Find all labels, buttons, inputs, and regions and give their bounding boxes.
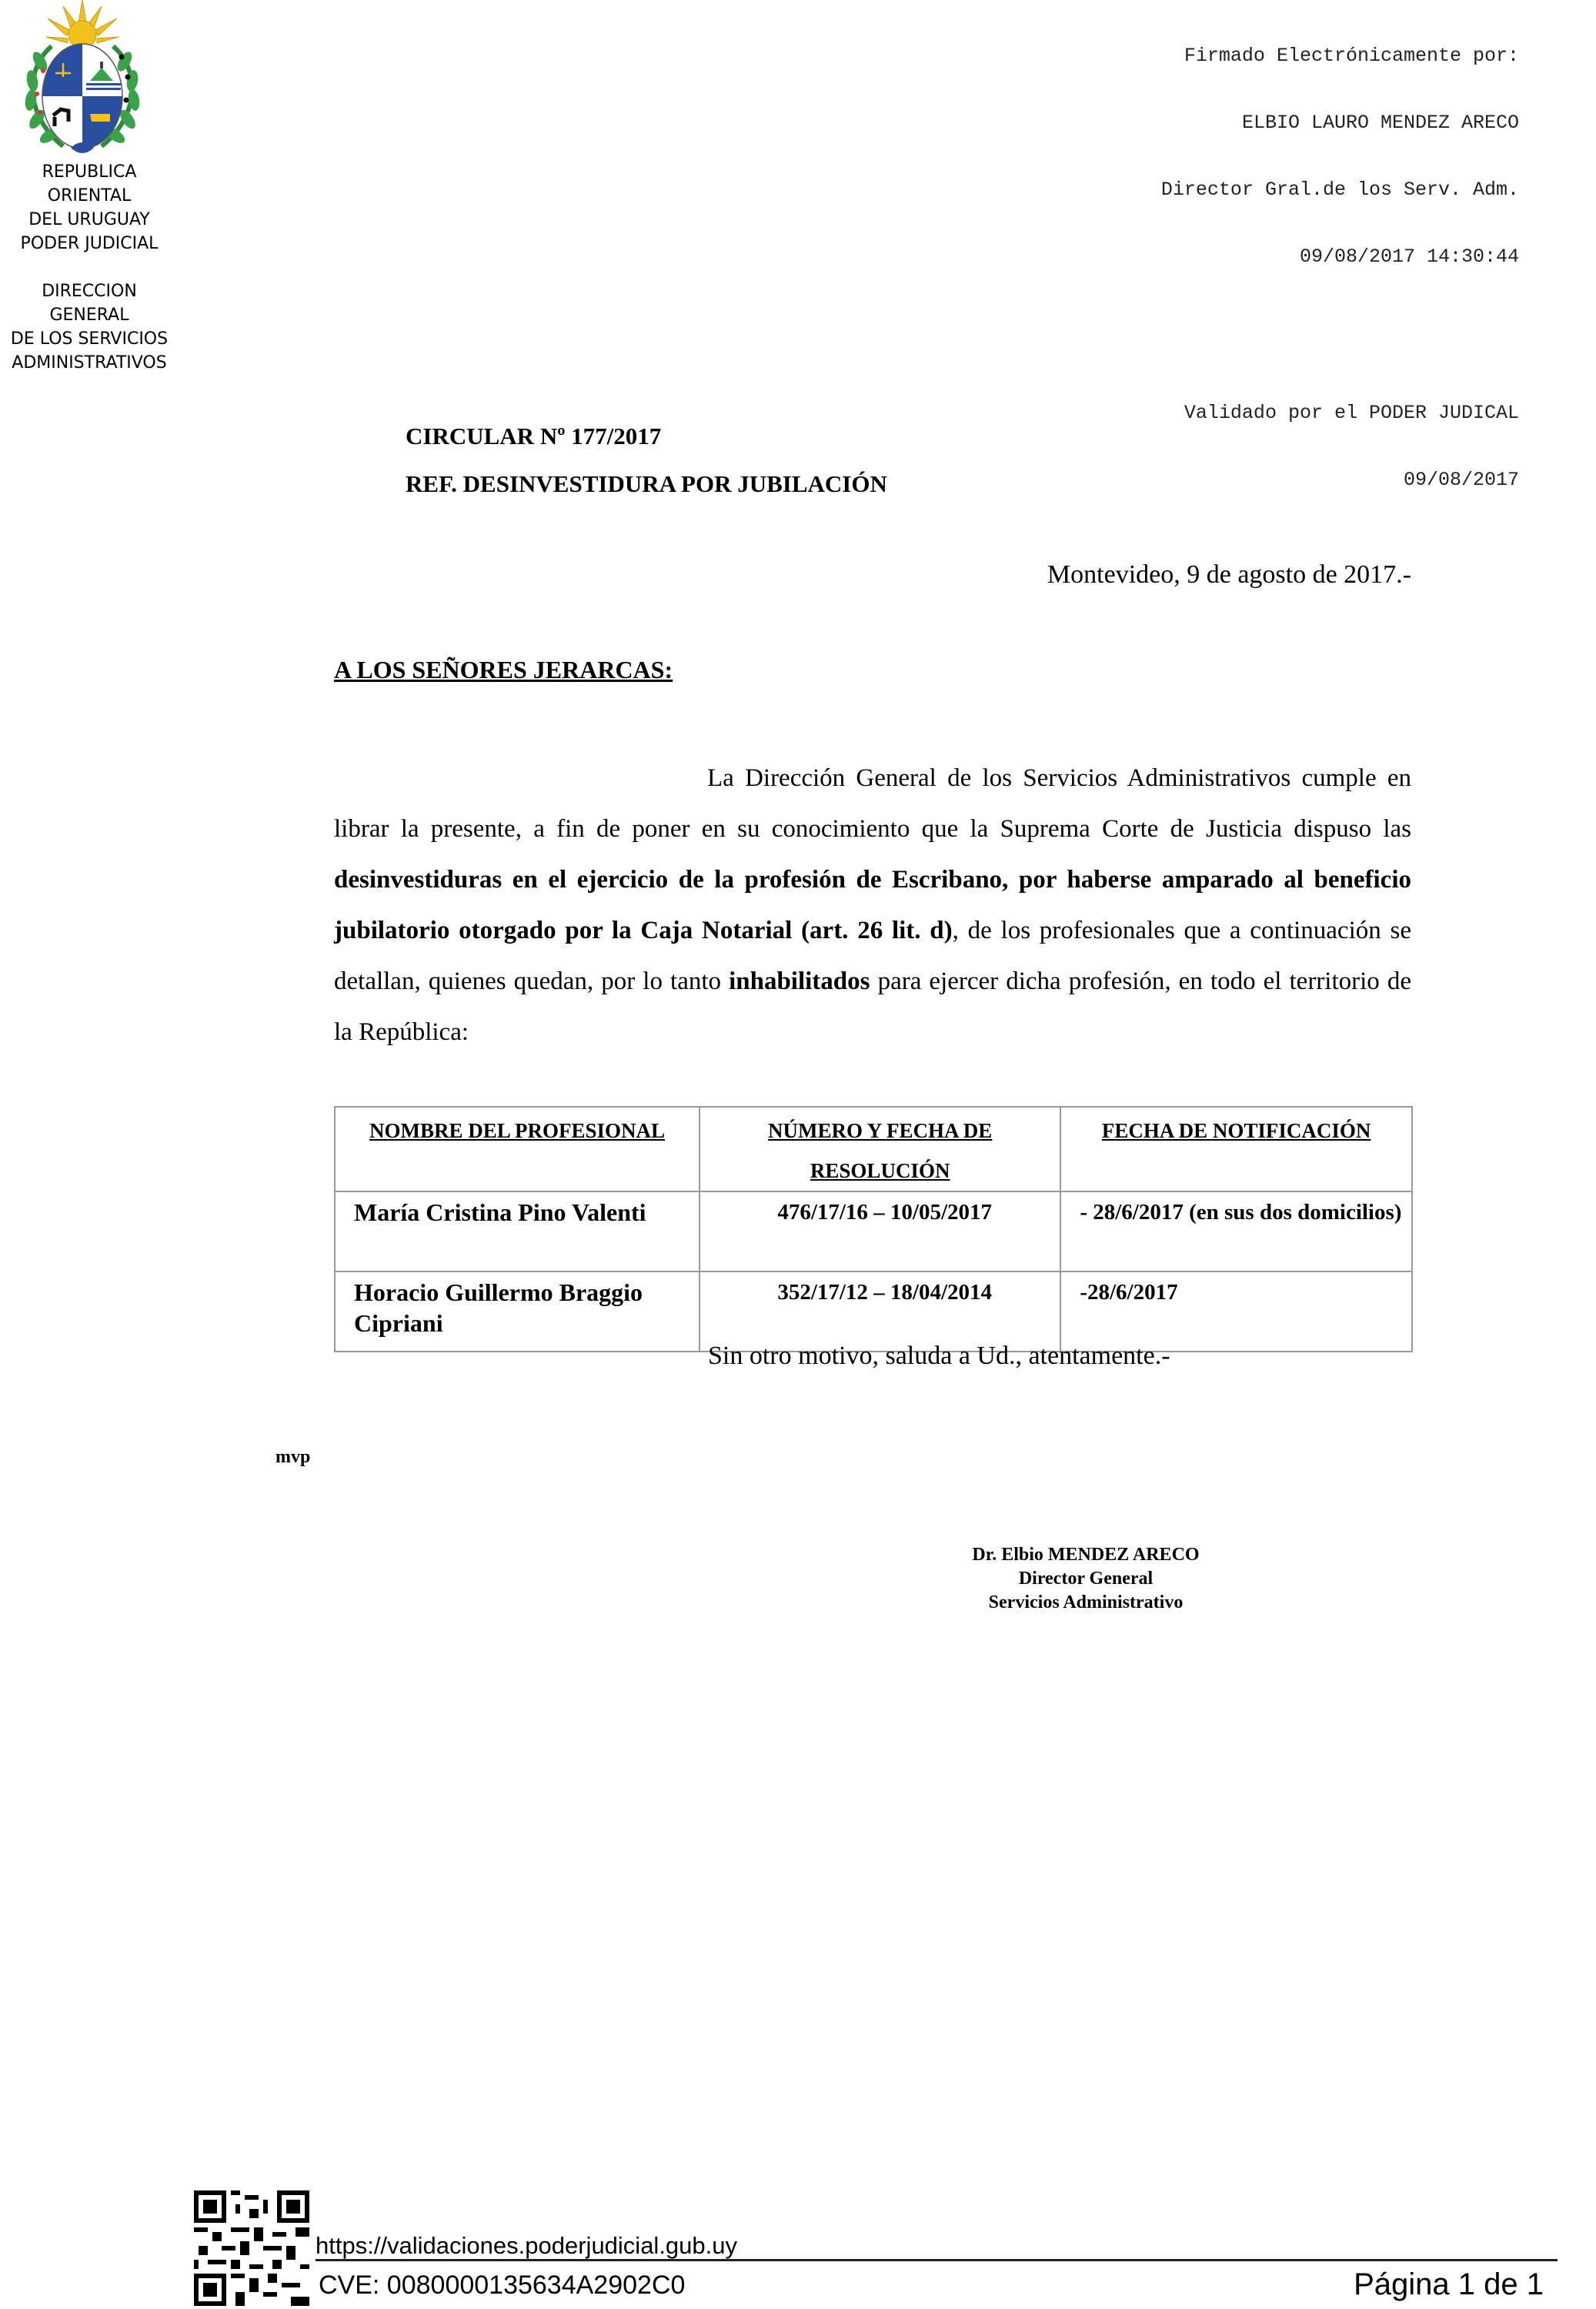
closing-line: Sin otro motivo, saluda a Ud., atentamen… (708, 1342, 1170, 1371)
body-bold-text: inhabilitados (729, 967, 870, 995)
cve-code: CVE: 0080000135634A2902C0 (319, 2271, 685, 2301)
signer-role: Director Gral.de los Serv. Adm. (1161, 179, 1519, 201)
professional-name: María Cristina Pino Valenti (335, 1191, 700, 1271)
footer-divider (316, 2259, 1558, 2261)
signed-label: Firmado Electrónicamente por: (1161, 45, 1519, 67)
body-text: La Dirección General de los Servicios Ad… (334, 764, 1411, 843)
body-paragraph: La Dirección General de los Servicios Ad… (334, 753, 1411, 1058)
resolution: 352/17/12 – 18/04/2014 (700, 1271, 1060, 1352)
electronic-signature-stamp: Firmado Electrónicamente por: ELBIO LAUR… (1161, 0, 1519, 513)
column-header: NOMBRE DEL PROFESIONAL (335, 1107, 700, 1191)
professionals-table: NOMBRE DEL PROFESIONAL NÚMERO Y FECHA DE… (334, 1106, 1413, 1352)
signatory-office: Servicios Administrativo (951, 1591, 1220, 1615)
typist-initials: mvp (275, 1447, 310, 1468)
dept-line: ADMINISTRATIVOS (0, 351, 179, 375)
org-line: PODER JUDICIAL (0, 232, 179, 256)
signatory-block: Dr. Elbio MENDEZ ARECO Director General … (951, 1543, 1220, 1615)
dept-line: DE LOS SERVICIOS (0, 327, 179, 351)
dept-line: DIRECCION GENERAL (0, 279, 179, 327)
table-row: María Cristina Pino Valenti 476/17/16 – … (335, 1191, 1412, 1271)
document-title: CIRCULAR Nº 177/2017 REF. DESINVESTIDURA… (406, 413, 887, 508)
column-header: NÚMERO Y FECHA DE RESOLUCIÓN (700, 1107, 1060, 1191)
column-header: FECHA DE NOTIFICACIÓN (1060, 1107, 1412, 1191)
validated-label: Validado por el PODER JUDICAL (1161, 402, 1519, 424)
signer-name: ELBIO LAURO MENDEZ ARECO (1161, 112, 1519, 134)
professional-name: Horacio Guillermo Braggio Cipriani (335, 1271, 700, 1352)
table-header-row: NOMBRE DEL PROFESIONAL NÚMERO Y FECHA DE… (335, 1107, 1412, 1191)
org-line: DEL URUGUAY (0, 208, 179, 232)
notification-date: -28/6/2017 (1060, 1271, 1412, 1352)
place-date: Montevideo, 9 de agosto de 2017.- (1047, 560, 1411, 590)
page-indicator: Página 1 de 1 (1354, 2267, 1544, 2302)
signatory-title: Director General (951, 1567, 1220, 1591)
org-line: REPUBLICA ORIENTAL (0, 160, 179, 208)
validated-date: 09/08/2017 (1161, 469, 1519, 491)
signed-at: 09/08/2017 14:30:44 (1161, 246, 1519, 268)
qr-code-icon (194, 2190, 309, 2306)
notification-date: - 28/6/2017 (en sus dos domicilios) (1060, 1191, 1412, 1271)
circular-number: CIRCULAR Nº 177/2017 (406, 413, 887, 460)
resolution: 476/17/16 – 10/05/2017 (700, 1191, 1060, 1271)
signatory-name: Dr. Elbio MENDEZ ARECO (951, 1543, 1220, 1567)
uruguay-coat-of-arms-icon (17, 0, 148, 158)
salutation: A LOS SEÑORES JERARCAS: (334, 656, 673, 684)
reference-line: REF. DESINVESTIDURA POR JUBILACIÓN (406, 460, 887, 508)
table-row: Horacio Guillermo Braggio Cipriani 352/1… (335, 1271, 1412, 1352)
issuing-organization: REPUBLICA ORIENTAL DEL URUGUAY PODER JUD… (0, 160, 179, 375)
validation-url[interactable]: https://validaciones.poderjudicial.gub.u… (316, 2232, 737, 2260)
